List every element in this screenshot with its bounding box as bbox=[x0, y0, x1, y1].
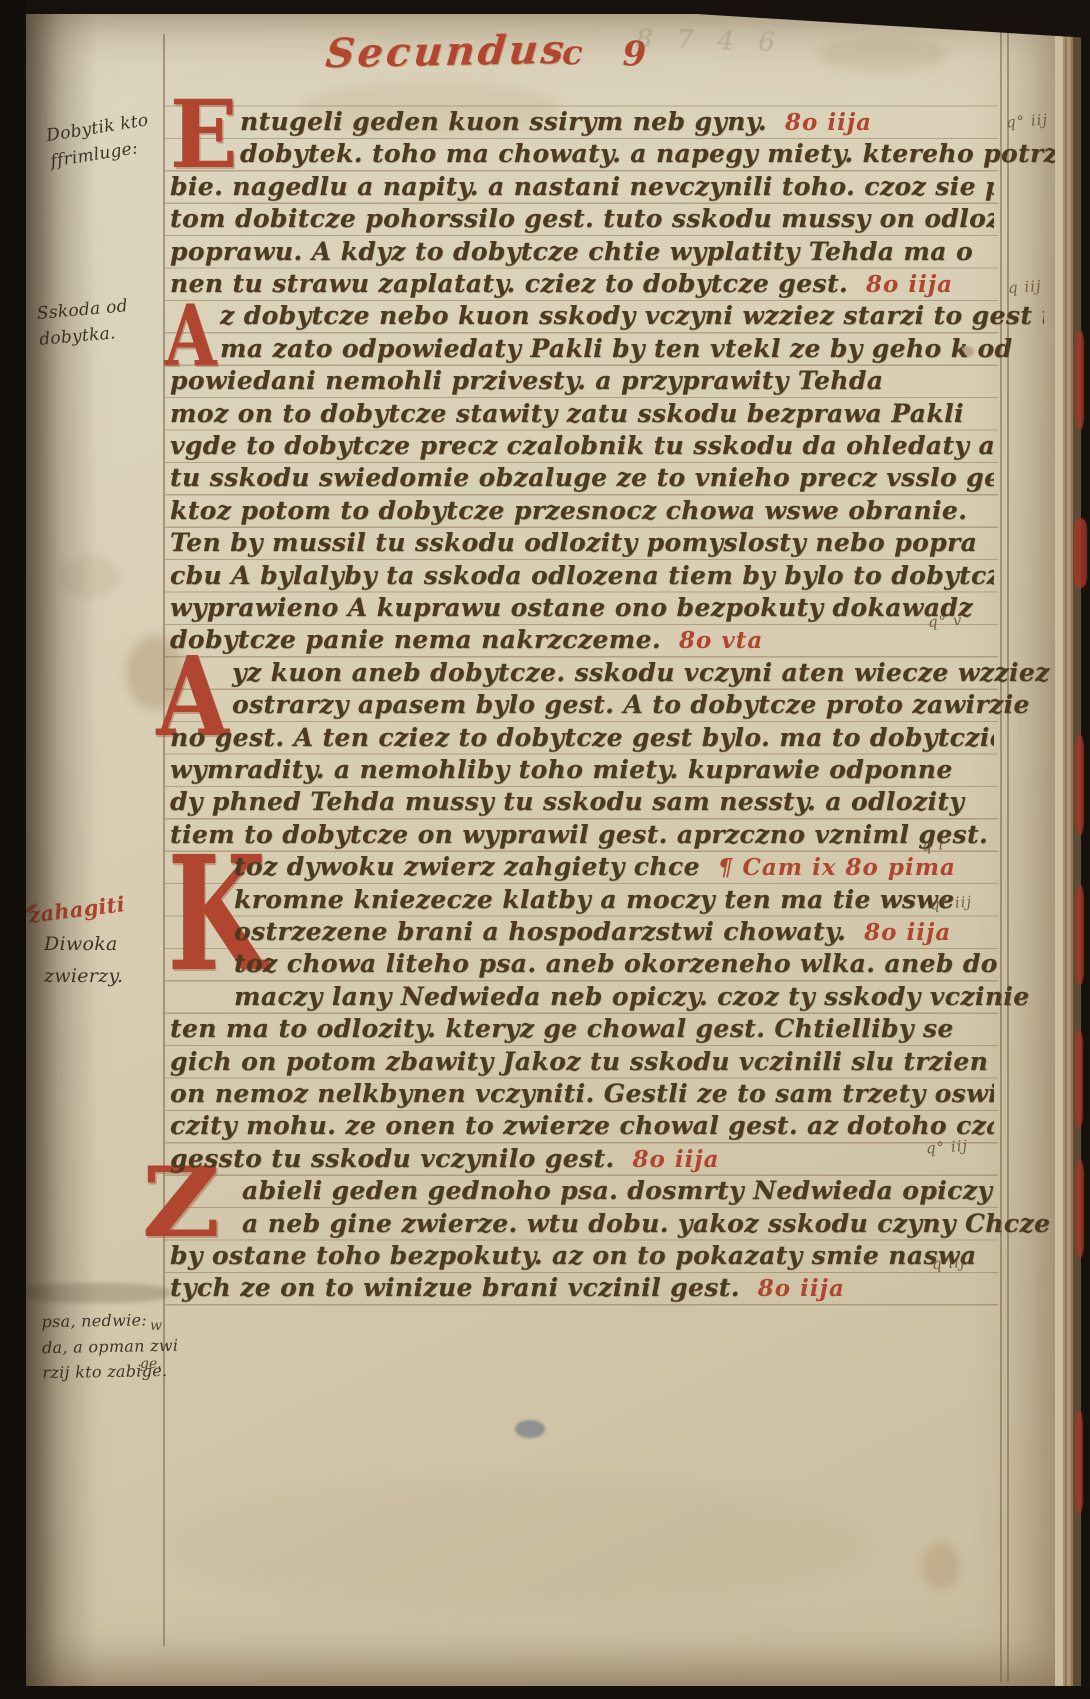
manuscript-text-line: maczy lany Nedwieda neb opiczy. czoz ty … bbox=[170, 981, 1058, 1013]
manuscript-text-line: yz kuon aneb dobytcze. sskodu vczyni ate… bbox=[170, 657, 1056, 689]
manuscript-text-line: by ostane toho bezpokuty. az on to pokaz… bbox=[170, 1240, 994, 1272]
manuscript-text-line: bie. nagedlu a napity. a nastani nevczyn… bbox=[170, 171, 994, 203]
manuscript-text-line: gessto tu sskodu vczynilo gest.8o iija bbox=[170, 1143, 994, 1175]
manuscript-text-line: nen tu strawu zaplataty. cziez to dobytc… bbox=[170, 268, 994, 300]
manuscript-text: vgde to dobytcze precz czalobnik tu ssko… bbox=[170, 431, 994, 460]
fore-edge-red-mark bbox=[1076, 885, 1084, 985]
manuscript-text-line: ktoz potom to dobytcze przesnocz chowa w… bbox=[170, 495, 994, 527]
rubric-citation: 8o iija bbox=[785, 109, 872, 136]
photo-background-left bbox=[0, 0, 26, 1699]
manuscript-text-line: z dobytcze nebo kuon sskody vczyni wzzie… bbox=[170, 300, 1044, 332]
manuscript-text: ten ma to odlozity. kteryz ge chowal ges… bbox=[170, 1014, 954, 1043]
fore-edge-red-mark bbox=[1076, 330, 1084, 430]
margin-citation-mark: q iij bbox=[931, 1253, 966, 1273]
manuscript-text: nen tu strawu zaplataty. cziez to dobytc… bbox=[170, 269, 848, 298]
manuscript-text-line: poprawu. A kdyz to dobytcze chtie wyplat… bbox=[170, 236, 994, 268]
manuscript-text: ntugeli geden kuon ssirym neb gyny. bbox=[240, 107, 767, 136]
manuscript-text-line: ostrarzy apasem bylo gest. A to dobytcze… bbox=[170, 689, 1056, 721]
manuscript-text-line: on nemoz nelkbynen vczyniti. Gestli ze t… bbox=[170, 1078, 994, 1110]
manuscript-text: toz chowa liteho psa. aneb okorzeneho wl… bbox=[234, 949, 998, 978]
manuscript-text: gich on potom zbawity Jakoz tu sskodu vc… bbox=[170, 1047, 994, 1076]
manuscript-text: toz dywoku zwierz zahgiety chce bbox=[234, 852, 700, 881]
manuscript-text: dobytek. toho ma chowaty. a napegy miety… bbox=[240, 139, 1064, 168]
manuscript-text: dy phned Tehda mussy tu sskodu sam nesst… bbox=[170, 787, 964, 816]
manuscript-text-line: ten ma to odlozity. kteryz ge chowal ges… bbox=[170, 1013, 994, 1045]
rubric-citation: 8o vta bbox=[679, 627, 763, 654]
manuscript-text: abieli geden gednoho psa. dosmrty Nedwie… bbox=[242, 1176, 992, 1205]
manuscript-text-line: gich on potom zbawity Jakoz tu sskodu vc… bbox=[170, 1046, 994, 1078]
margin-citation-mark: q iij bbox=[1007, 277, 1042, 297]
manuscript-text-line: tu sskodu swiedomie obzaluge ze to vnieh… bbox=[170, 462, 994, 494]
fore-edge-red-mark bbox=[1074, 518, 1087, 588]
manuscript-text-line: no gest. A ten cziez to dobytcze gest by… bbox=[170, 722, 994, 754]
manuscript-text: ostrarzy apasem bylo gest. A to dobytcze… bbox=[232, 690, 1030, 719]
manuscript-text: maczy lany Nedwieda neb opiczy. czoz ty … bbox=[234, 982, 1030, 1011]
margin-citation-mark: q i bbox=[921, 835, 944, 855]
rubric-citation: 8o iija bbox=[758, 1275, 845, 1302]
ruling-vertical-right bbox=[1000, 16, 1002, 1682]
manuscript-text: ostrzezene brani a hospodarzstwi chowaty… bbox=[234, 917, 846, 946]
manuscript-text-line: powiedani nemohli przivesty. a przyprawi… bbox=[170, 365, 994, 397]
manuscript-text-line: czity mohu. ze onen to zwierze chowal ge… bbox=[170, 1110, 994, 1142]
manuscript-text-line: tiem to dobytcze on wyprawil gest. aprzc… bbox=[170, 819, 994, 851]
fore-edge-red-mark bbox=[1076, 735, 1084, 835]
ruling-vertical-right-outer bbox=[1007, 16, 1009, 1682]
rubric-citation: 8o iija bbox=[864, 919, 951, 946]
manuscript-text-line: ma zato odpowiedaty Pakli by ten vtekl z… bbox=[170, 333, 1044, 365]
manuscript-text: cbu A bylalyby ta sskoda odlozena tiem b… bbox=[170, 561, 994, 590]
manuscript-text-line: wymradity. a nemohliby toho miety. kupra… bbox=[170, 754, 994, 786]
manuscript-text: kromne kniezecze klatby a moczy ten ma t… bbox=[234, 885, 955, 914]
manuscript-photo: Secundus c 9 8 7 4 6 E A A K Z ntugeli g… bbox=[0, 0, 1090, 1699]
manuscript-text: wymradity. a nemohliby toho miety. kupra… bbox=[170, 755, 953, 784]
manuscript-text: z dobytcze nebo kuon sskody vczyni wzzie… bbox=[220, 301, 1044, 330]
margin-citation-mark: q° iij bbox=[929, 893, 972, 914]
manuscript-text-line: tom dobitcze pohorssilo gest. tuto sskod… bbox=[170, 203, 994, 235]
fore-edge-red-mark bbox=[1076, 1160, 1084, 1258]
manuscript-text: yz kuon aneb dobytcze. sskodu vczyni ate… bbox=[232, 658, 1050, 687]
manuscript-text: tiem to dobytcze on wyprawil gest. aprzc… bbox=[170, 820, 988, 849]
manuscript-text: a neb gine zwierze. wtu dobu. yakoz ssko… bbox=[242, 1209, 1050, 1238]
manuscript-text: no gest. A ten cziez to dobytcze gest by… bbox=[170, 723, 994, 752]
page-edge-strip bbox=[1055, 10, 1063, 1690]
manuscript-text: Ten by mussil tu sskodu odlozity pomyslo… bbox=[170, 528, 977, 557]
manuscript-text: by ostane toho bezpokuty. az on to pokaz… bbox=[170, 1241, 976, 1270]
gutter-shadow bbox=[26, 0, 98, 1699]
manuscript-text: dobytcze panie nema nakrzczeme. bbox=[170, 625, 661, 654]
manuscript-text: tu sskodu swiedomie obzaluge ze to vnieh… bbox=[170, 463, 994, 492]
manuscript-text: poprawu. A kdyz to dobytcze chtie wyplat… bbox=[170, 237, 973, 266]
manuscript-text: gessto tu sskodu vczynilo gest. bbox=[170, 1144, 615, 1173]
fore-edge-red-mark bbox=[1075, 1410, 1083, 1514]
manuscript-text: on nemoz nelkbynen vczyniti. Gestli ze t… bbox=[170, 1079, 994, 1108]
manuscript-text: ma zato odpowiedaty Pakli by ten vtekl z… bbox=[220, 334, 1013, 363]
manuscript-text-line: kromne kniezecze klatby a moczy ten ma t… bbox=[170, 884, 1058, 916]
margin-guide-letter: w bbox=[150, 1318, 162, 1334]
manuscript-text-line: toz chowa liteho psa. aneb okorzeneho wl… bbox=[170, 948, 1058, 980]
manuscript-text: tom dobitcze pohorssilo gest. tuto sskod… bbox=[170, 204, 994, 233]
manuscript-text-line: moz on to dobytcze stawity zatu sskodu b… bbox=[170, 398, 994, 430]
manuscript-text-line: ntugeli geden kuon ssirym neb gyny.8o ii… bbox=[170, 106, 1064, 138]
ruling-vertical-left bbox=[163, 34, 165, 1646]
rubric-citation: 8o iija bbox=[866, 271, 953, 298]
manuscript-text: moz on to dobytcze stawity zatu sskodu b… bbox=[170, 399, 964, 428]
manuscript-text: ktoz potom to dobytcze przesnocz chowa w… bbox=[170, 496, 967, 525]
manuscript-text-line: wyprawieno A kuprawu ostane ono bezpokut… bbox=[170, 592, 994, 624]
manuscript-text-line: tych ze on to winizue brani vczinil gest… bbox=[170, 1272, 994, 1304]
manuscript-text-line: cbu A bylalyby ta sskoda odlozena tiem b… bbox=[170, 560, 994, 592]
running-title: Secundus bbox=[324, 26, 569, 77]
manuscript-text-line: dobytcze panie nema nakrzczeme.8o vta bbox=[170, 624, 994, 656]
manuscript-text: tych ze on to winizue brani vczinil gest… bbox=[170, 1273, 740, 1302]
rubric-citation: 8o iija bbox=[633, 1146, 720, 1173]
faint-inscription: 8 7 4 6 bbox=[636, 24, 784, 58]
margin-guide-letter: ge. bbox=[140, 1356, 162, 1372]
margin-citation-mark: q° iij bbox=[925, 1137, 968, 1158]
manuscript-text: czity mohu. ze onen to zwierze chowal ge… bbox=[170, 1111, 994, 1140]
margin-citation-mark: q° v bbox=[927, 611, 963, 631]
manuscript-text-line: dobytek. toho ma chowaty. a napegy miety… bbox=[170, 138, 1064, 170]
manuscript-text-line: Ten by mussil tu sskodu odlozity pomyslo… bbox=[170, 527, 994, 559]
rubric-citation: ¶ Cam ix 8o pima bbox=[718, 854, 956, 881]
fore-edge-red-mark bbox=[1075, 1030, 1083, 1128]
photo-background-bottom bbox=[0, 1686, 1090, 1699]
manuscript-text-line: vgde to dobytcze precz czalobnik tu ssko… bbox=[170, 430, 994, 462]
manuscript-text-line: a neb gine zwierze. wtu dobu. yakoz ssko… bbox=[170, 1208, 1066, 1240]
manuscript-text: powiedani nemohli przivesty. a przyprawi… bbox=[170, 366, 883, 395]
manuscript-text-line: dy phned Tehda mussy tu sskodu sam nesst… bbox=[170, 786, 994, 818]
manuscript-text-line: ostrzezene brani a hospodarzstwi chowaty… bbox=[170, 916, 1058, 948]
manuscript-text-line: toz dywoku zwierz zahgiety chce¶ Cam ix … bbox=[170, 851, 1058, 883]
manuscript-text-line: abieli geden gednoho psa. dosmrty Nedwie… bbox=[170, 1175, 1066, 1207]
manuscript-text: bie. nagedlu a napity. a nastani nevczyn… bbox=[170, 172, 994, 201]
margin-citation-mark: q° iij bbox=[1005, 111, 1048, 132]
manuscript-text: wyprawieno A kuprawu ostane ono bezpokut… bbox=[170, 593, 973, 622]
page-stack-edge bbox=[1063, 8, 1073, 1692]
